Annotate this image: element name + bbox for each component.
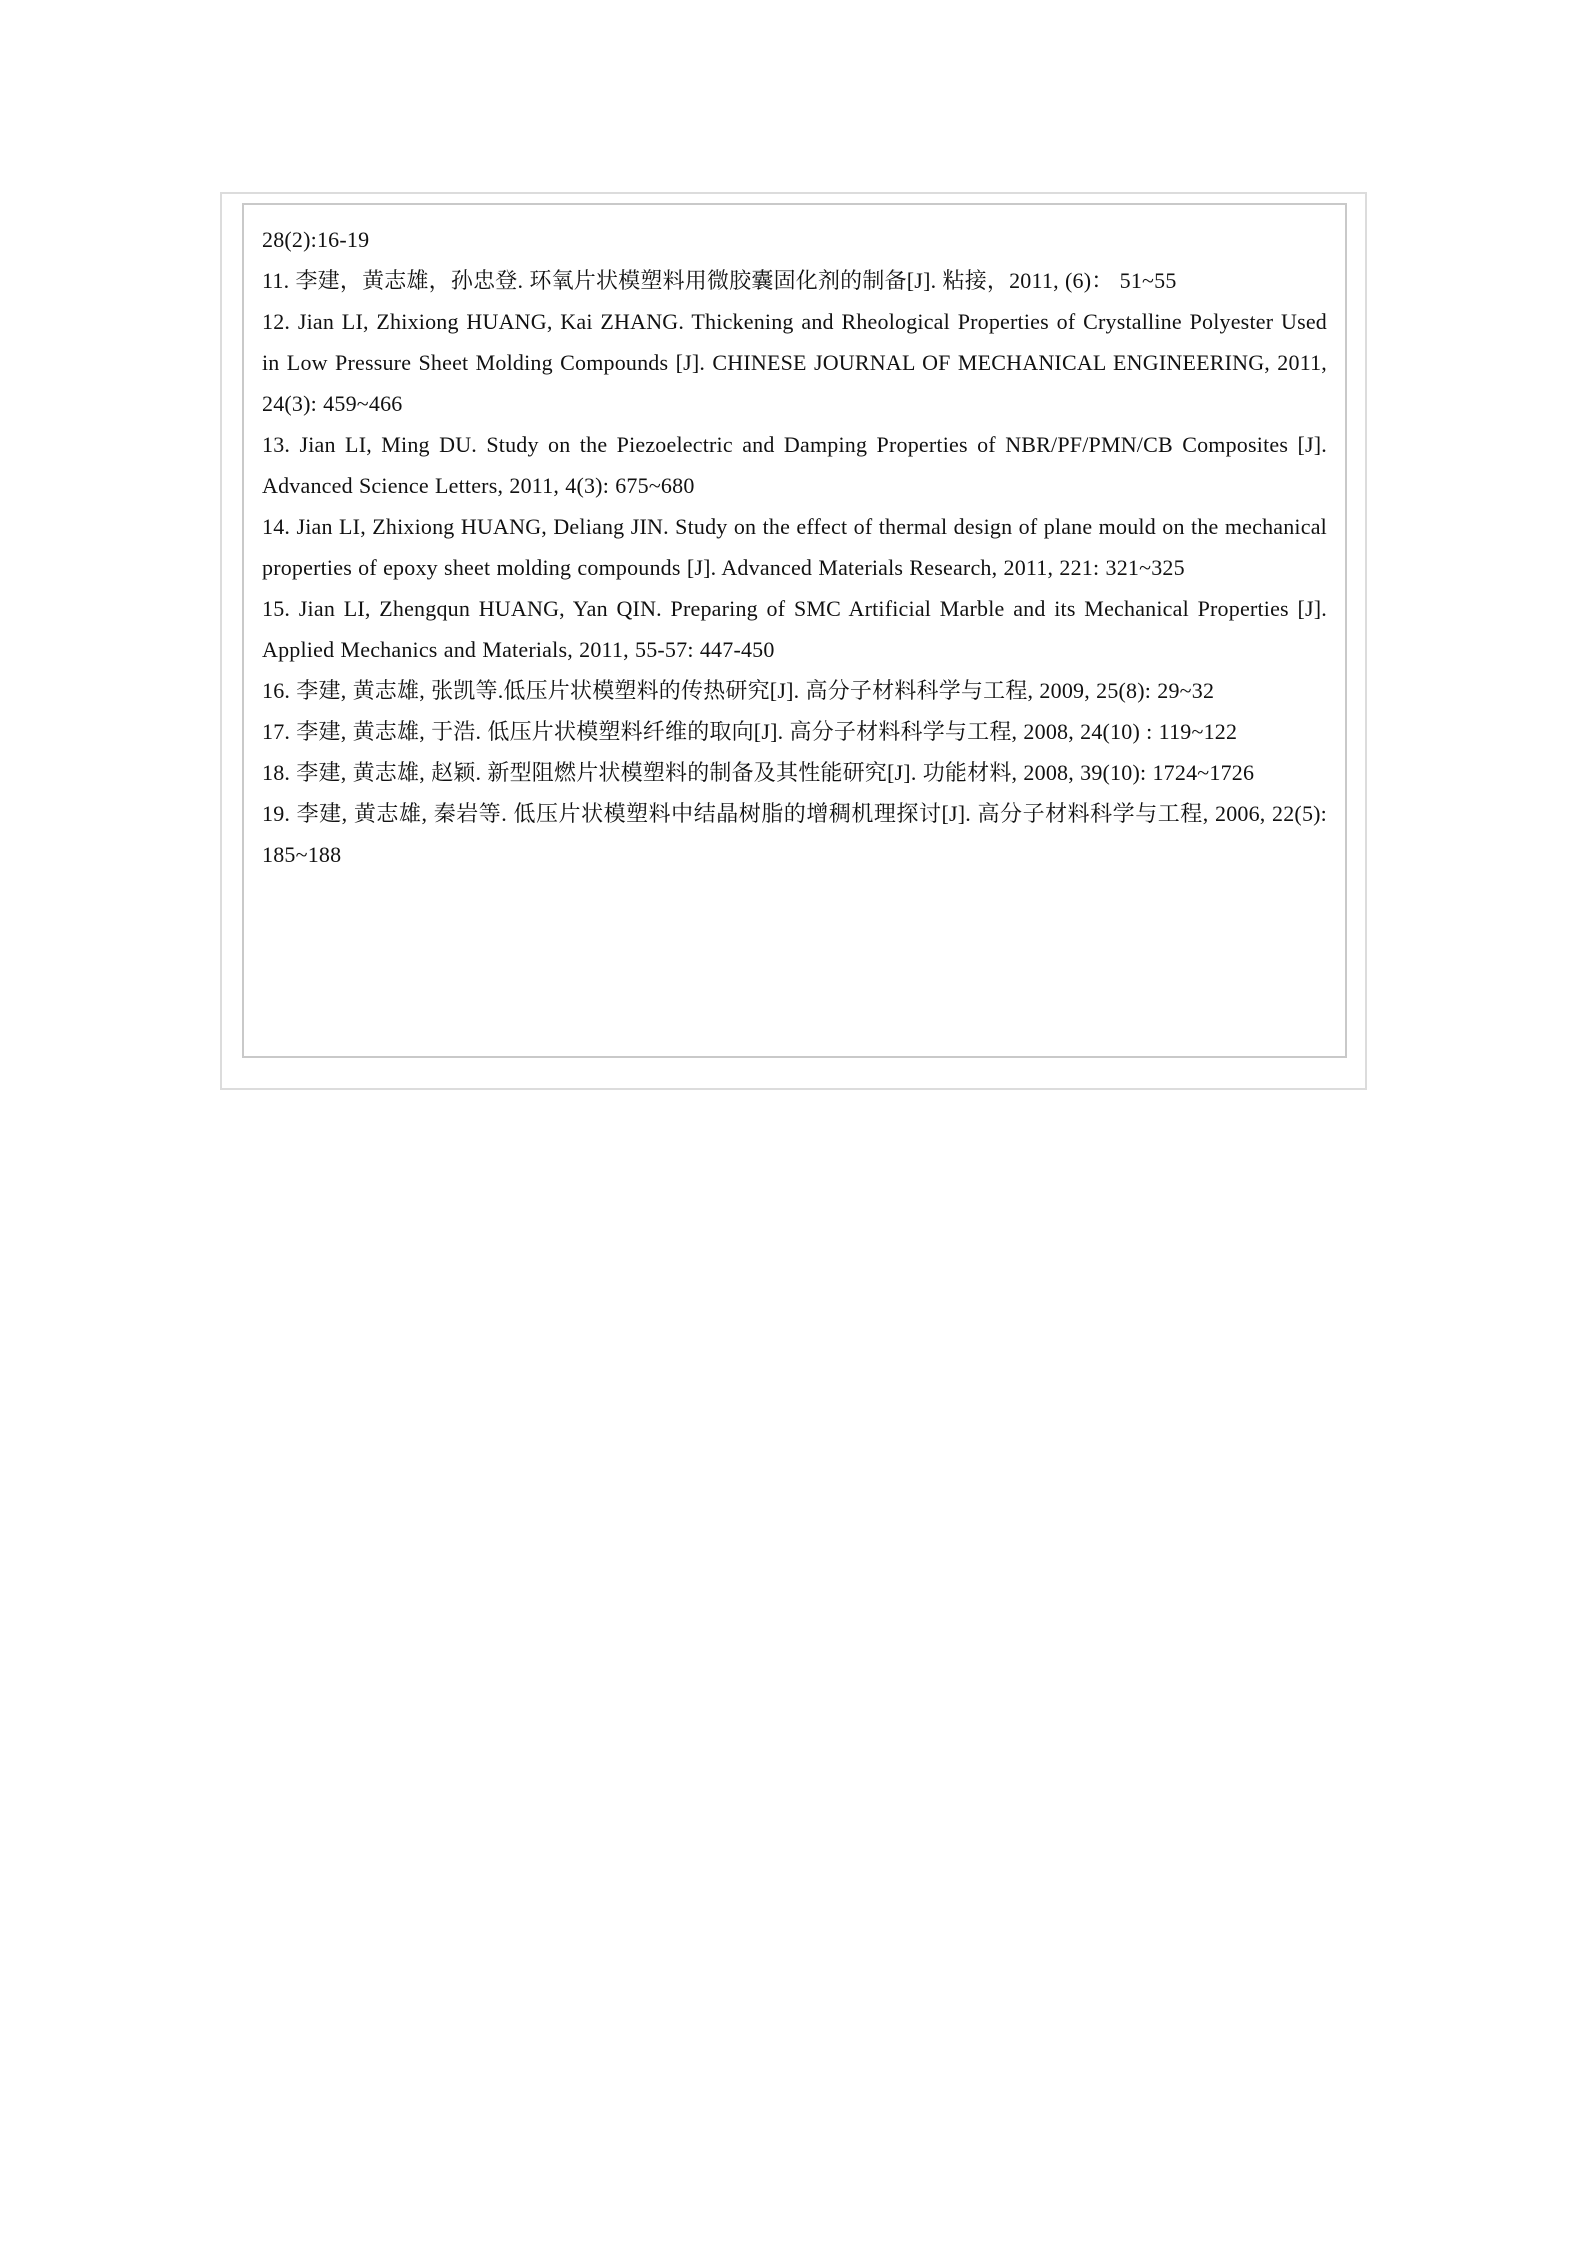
reference-continuation-line: 28(2):16-19 <box>262 219 1327 260</box>
references-outer-frame: 28(2):16-19 11. 李建，黄志雄，孙忠登. 环氧片状模塑料用微胶囊固… <box>220 192 1367 1090</box>
reference-item-11: 11. 李建，黄志雄，孙忠登. 环氧片状模塑料用微胶囊固化剂的制备[J]. 粘接… <box>262 260 1327 301</box>
references-inner-frame: 28(2):16-19 11. 李建，黄志雄，孙忠登. 环氧片状模塑料用微胶囊固… <box>242 203 1347 1058</box>
reference-item-18: 18. 李建, 黄志雄, 赵颖. 新型阻燃片状模塑料的制备及其性能研究[J]. … <box>262 752 1327 793</box>
reference-item-19: 19. 李建, 黄志雄, 秦岩等. 低压片状模塑料中结晶树脂的增稠机理探讨[J]… <box>262 793 1327 875</box>
reference-item-16: 16. 李建, 黄志雄, 张凯等.低压片状模塑料的传热研究[J]. 高分子材料科… <box>262 670 1327 711</box>
reference-item-13: 13. Jian LI, Ming DU. Study on the Piezo… <box>262 424 1327 506</box>
reference-item-12: 12. Jian LI, Zhixiong HUANG, Kai ZHANG. … <box>262 301 1327 424</box>
reference-item-14: 14. Jian LI, Zhixiong HUANG, Deliang JIN… <box>262 506 1327 588</box>
document-page: 28(2):16-19 11. 李建，黄志雄，孙忠登. 环氧片状模塑料用微胶囊固… <box>0 0 1587 2245</box>
reference-item-17: 17. 李建, 黄志雄, 于浩. 低压片状模塑料纤维的取向[J]. 高分子材料科… <box>262 711 1327 752</box>
reference-item-15: 15. Jian LI, Zhengqun HUANG, Yan QIN. Pr… <box>262 588 1327 670</box>
